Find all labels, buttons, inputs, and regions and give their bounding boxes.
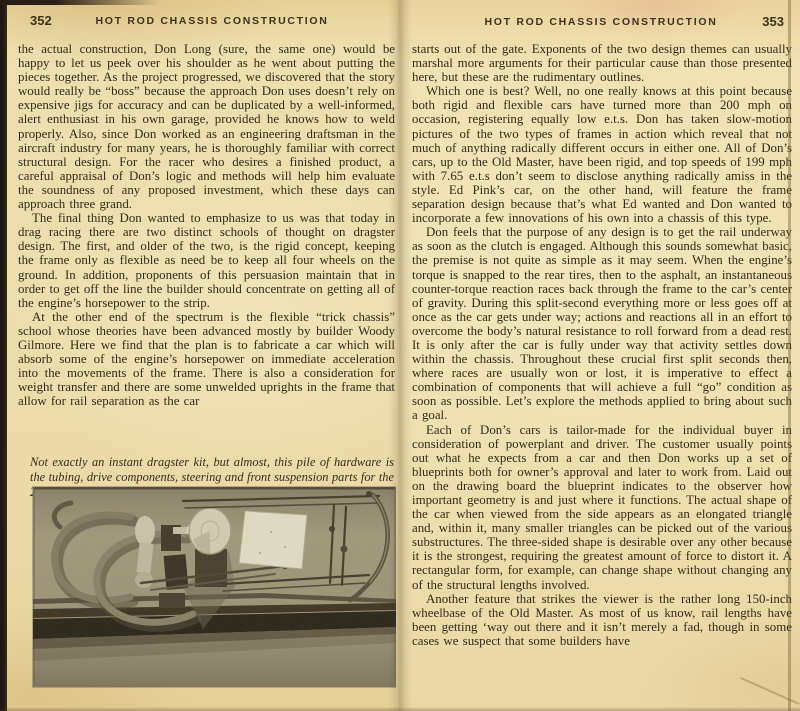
paragraph: The final thing Don wanted to emphasize … bbox=[18, 211, 395, 310]
paragraph: starts out of the gate. Exponents of the… bbox=[412, 42, 792, 84]
running-header-right: HOT ROD CHASSIS CONSTRUCTION bbox=[436, 16, 766, 28]
book-scan: 352 HOT ROD CHASSIS CONSTRUCTION the act… bbox=[0, 0, 800, 711]
chassis-parts-photo-art bbox=[33, 487, 396, 687]
paragraph: Another feature that strikes the viewer … bbox=[412, 592, 792, 648]
text-column-left: the actual construction, Don Long (sure,… bbox=[18, 42, 395, 408]
page-number-right: 353 bbox=[762, 14, 784, 29]
paragraph: Which one is best? Well, no one really k… bbox=[412, 84, 792, 225]
page-353: HOT ROD CHASSIS CONSTRUCTION 353 starts … bbox=[396, 0, 800, 711]
page-number-left: 352 bbox=[30, 13, 52, 28]
chassis-parts-photo bbox=[33, 487, 396, 687]
page-352: 352 HOT ROD CHASSIS CONSTRUCTION the act… bbox=[7, 0, 396, 711]
text-column-right: starts out of the gate. Exponents of the… bbox=[412, 42, 792, 648]
paragraph: the actual construction, Don Long (sure,… bbox=[18, 42, 395, 211]
scan-edge-left bbox=[0, 0, 7, 711]
photo-grain bbox=[33, 487, 396, 687]
scan-edge-bottom bbox=[0, 707, 800, 711]
paragraph: At the other end of the spectrum is the … bbox=[18, 310, 395, 409]
scan-edge-top bbox=[0, 0, 160, 5]
running-header-left: HOT ROD CHASSIS CONSTRUCTION bbox=[62, 15, 362, 27]
scan-edge-right bbox=[788, 0, 791, 711]
paragraph: Each of Don’s cars is tailor-made for th… bbox=[412, 423, 792, 592]
paragraph: Don feels that the purpose of any design… bbox=[412, 225, 792, 422]
